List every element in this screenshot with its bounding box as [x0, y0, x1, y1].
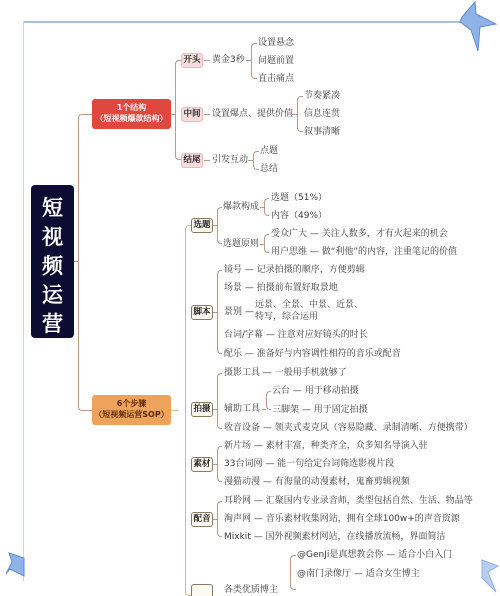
connector [297, 96, 303, 132]
node-hook-value: 设置爆点、提供价值 [212, 109, 293, 120]
node-shot-type: 景别 — [224, 307, 254, 318]
leaf: 选题（51%） [271, 193, 327, 204]
leaf: 云台 — 用于移动拍摄 [272, 386, 359, 397]
leaf: 三脚架 — 用于固定拍摄 [272, 405, 368, 416]
structure-label: 1个结构 [92, 102, 171, 113]
tag-ending[interactable]: 结尾 [181, 153, 203, 168]
root-title-char: 频 [31, 252, 74, 281]
connector [217, 270, 222, 354]
leaf: 配乐 — 准备好与内容调性相符的音乐或配音 [224, 349, 401, 360]
connector [262, 409, 266, 410]
connector [266, 391, 271, 410]
node-interaction: 引发互动 [212, 155, 248, 166]
node-topic-principle: 选题原则 [223, 239, 259, 250]
connector [264, 234, 269, 253]
connector [204, 114, 210, 115]
leaf: 点题 [260, 146, 278, 157]
leaf: 受众广大 — 关注人数多，才有火起来的机会 [271, 229, 448, 240]
star-icon [0, 548, 26, 578]
leaf: 设置悬念 [258, 38, 294, 49]
leaf: 场景 — 拍摄前布置好取景地 [224, 283, 338, 294]
leaf: 新片场 — 素材丰富，种类齐全，众多知名导演入驻 [224, 441, 428, 452]
root-node[interactable]: 短视频运营 [31, 185, 74, 338]
node-golden-3s: 黄金3秒 [212, 55, 245, 66]
root-title-char: 运 [31, 281, 74, 310]
root-title-char: 营 [31, 310, 74, 339]
connector [204, 160, 210, 161]
steps-node[interactable]: 6个步骤 （短视频运营SOP） [92, 395, 171, 425]
leaf: Mixkit — 国外视频素材网站，在线播放流畅，界面简洁 [224, 532, 446, 543]
connector [171, 410, 179, 411]
leaf: 总结 [260, 164, 278, 175]
leaf: 33台词网 — 能一句给定台词筛选影视片段 [224, 459, 394, 470]
leaf: 问题前置 [258, 56, 294, 67]
tag-bloggers[interactable] [191, 584, 213, 596]
leaf: 淘声网 — 音乐素材收集网站，拥有全球100w+的声音资源 [224, 514, 460, 525]
leaf: 摄影工具 — 一般用手机就够了 [224, 368, 347, 379]
connector [290, 114, 297, 115]
star-icon [440, 0, 500, 55]
connector [251, 43, 257, 79]
tag-middle[interactable]: 中间 [181, 107, 203, 122]
connector [217, 373, 222, 429]
root-title-char: 视 [31, 223, 74, 252]
tag-shooting[interactable]: 拍摄 [191, 402, 213, 417]
leaf: 远景、全景、中景、近景、 [255, 300, 363, 311]
leaf: @南门录像厅 — 适合女生博主 [297, 569, 420, 580]
node-bloggers: 各类优质博主 [224, 585, 278, 596]
connector [204, 60, 210, 61]
connector [78, 114, 92, 411]
leaf: 镜号 — 记录拍摄的顺序，方便剪辑 [224, 265, 365, 276]
tag-script[interactable]: 脚本 [191, 305, 213, 320]
mindmap-canvas: 短视频运营 1个结构 （短视频爆款结构） 开头 黄金3秒 设置悬念 问题前置 直… [0, 0, 500, 596]
leaf: 叙事清晰 [304, 127, 340, 138]
connector [253, 151, 259, 170]
connector [217, 501, 222, 537]
tag-material[interactable]: 素材 [191, 457, 213, 472]
star-icon [478, 556, 500, 596]
frame-left-border [23, 21, 24, 581]
tag-topic[interactable]: 选题 [191, 218, 213, 233]
connector [290, 555, 296, 590]
leaf: @GenJi是真想教会你 — 适合小白入门 [297, 550, 452, 561]
steps-sublabel: （短视频运营SOP） [92, 409, 171, 420]
leaf: 收音设备 — 领夹式麦克风（容易隐藏、录制清晰、方便携带） [224, 423, 473, 434]
connector [264, 198, 269, 216]
node-hit-composition: 爆款构成 [223, 202, 259, 213]
tag-opening[interactable]: 开头 [181, 53, 203, 68]
frame-top-border [24, 21, 464, 23]
leaf: 漫猫动漫 — 有海量的动漫素材，鬼畜剪辑视频 [224, 477, 410, 488]
leaf: 直击痛点 [258, 74, 294, 85]
leaf: 耳聆网 — 汇聚国内专业录音师，类型包括自然、生活、物品等 [224, 496, 473, 507]
leaf: 节奏紧凑 [304, 91, 340, 102]
connector [217, 446, 222, 482]
leaf: 用户思维 — 做“利他”的内容，注重笔记的价值 [271, 247, 457, 258]
root-title-char: 短 [31, 194, 74, 223]
leaf: 特写，综合运用 [255, 312, 318, 323]
structure-sublabel: （短视频爆款结构） [92, 113, 171, 124]
structure-node[interactable]: 1个结构 （短视频爆款结构） [92, 99, 171, 129]
tag-dubbing[interactable]: 配音 [191, 512, 213, 527]
connector [217, 207, 222, 244]
leaf: 台词/字幕 — 注意对应好镜头的时长 [224, 330, 368, 341]
leaf: 内容（49%） [271, 211, 327, 222]
steps-label: 6个步骤 [92, 398, 171, 409]
node-aux-tools: 辅助工具 [224, 404, 260, 415]
leaf: 信息连贯 [304, 109, 340, 120]
